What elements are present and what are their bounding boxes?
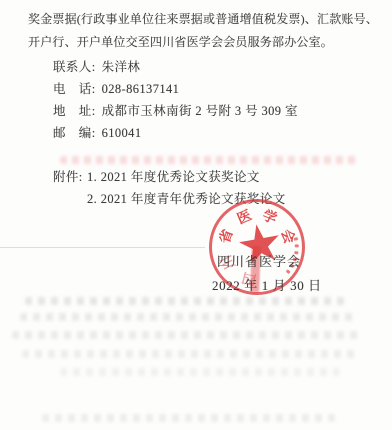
bleed-artifact bbox=[20, 313, 355, 321]
contact-address-row: 地 址:成都市玉林南街 2 号附 3 号 309 室 bbox=[53, 101, 298, 119]
attachments-label: 附件: bbox=[53, 167, 83, 185]
bleed-artifact bbox=[25, 297, 345, 305]
contact-person-row: 联系人:朱洋林 bbox=[53, 57, 140, 75]
seal-character: 学 bbox=[260, 205, 281, 229]
body-line-1: 奖金票据(行政事业单位往来票据或普通增值税发票)、汇款账号、 bbox=[28, 12, 378, 27]
body-line-2: 开户行、开户单位交至四川省医学会会员服务部办公室。 bbox=[28, 35, 333, 50]
seal-code-mark bbox=[295, 244, 299, 247]
attachment-item-1: 1. 2021 年度优秀论文获奖论文 bbox=[87, 167, 260, 185]
scan-fold-line bbox=[0, 247, 205, 248]
contact-phone-value: 028-86137141 bbox=[102, 82, 180, 96]
seal-character: 省 bbox=[214, 226, 237, 246]
signature-organization: 四川省医学会 bbox=[217, 251, 301, 270]
bleed-artifact bbox=[42, 414, 337, 422]
bleed-artifact bbox=[22, 350, 357, 358]
contact-person-label: 联系人: bbox=[53, 60, 96, 74]
scanned-letter-page: 奖金票据(行政事业单位往来票据或普通增值税发票)、汇款账号、 开户行、开户单位交… bbox=[0, 0, 392, 430]
contact-postcode-label: 邮 编: bbox=[53, 126, 96, 140]
contact-person-value: 朱洋林 bbox=[102, 60, 141, 74]
contact-address-label: 地 址: bbox=[53, 104, 96, 118]
seal-character: 医 bbox=[234, 205, 255, 229]
contact-address-value: 成都市玉林南街 2 号附 3 号 309 室 bbox=[102, 104, 298, 118]
seal-code-mark bbox=[286, 270, 290, 274]
contact-phone-row: 电 话:028-86137141 bbox=[53, 79, 179, 97]
bleed-artifact bbox=[12, 331, 362, 339]
contact-postcode-value: 610041 bbox=[102, 126, 142, 140]
bleed-artifact bbox=[60, 368, 340, 376]
contact-postcode-row: 邮 编:610041 bbox=[53, 123, 141, 141]
bleed-artifact bbox=[60, 156, 360, 164]
contact-phone-label: 电 话: bbox=[53, 82, 96, 96]
signature-date: 2022 年 1 月 30 日 bbox=[212, 275, 322, 294]
